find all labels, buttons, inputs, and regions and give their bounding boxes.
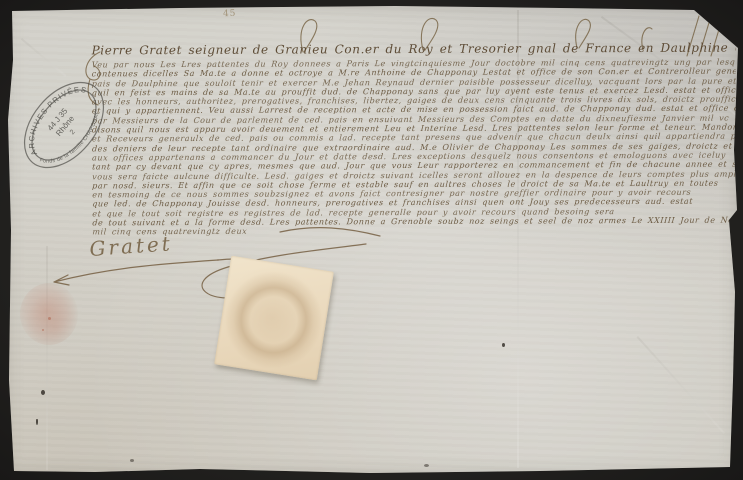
ink-speck [424, 464, 429, 467]
wax-dot [48, 317, 51, 320]
stamp-number-text: 2 [69, 129, 77, 137]
scan-stage: 45 Pierre Gratet seigneur de Granieu Con… [0, 0, 743, 480]
signature-flourish [280, 228, 380, 236]
manuscript-lines: Veu par nous Les Lres pattentes du Roy d… [92, 58, 737, 237]
ink-speck [502, 343, 505, 347]
paper-seal [214, 256, 334, 381]
parchment-sheet: 45 Pierre Gratet seigneur de Granieu Con… [0, 0, 743, 480]
wax-stain [20, 283, 78, 345]
wax-dot [42, 329, 44, 331]
ink-speck [130, 459, 134, 462]
ink-speck [36, 419, 38, 425]
manuscript-text: Pierre Gratet seigneur de Granieu Con.er… [92, 40, 737, 237]
folio-annotation: 45 [223, 9, 237, 19]
signature-flourish [54, 260, 218, 285]
ink-speck [41, 390, 45, 395]
signature-name: Gratet [89, 231, 174, 261]
signature-block: Gratet [48, 220, 388, 320]
